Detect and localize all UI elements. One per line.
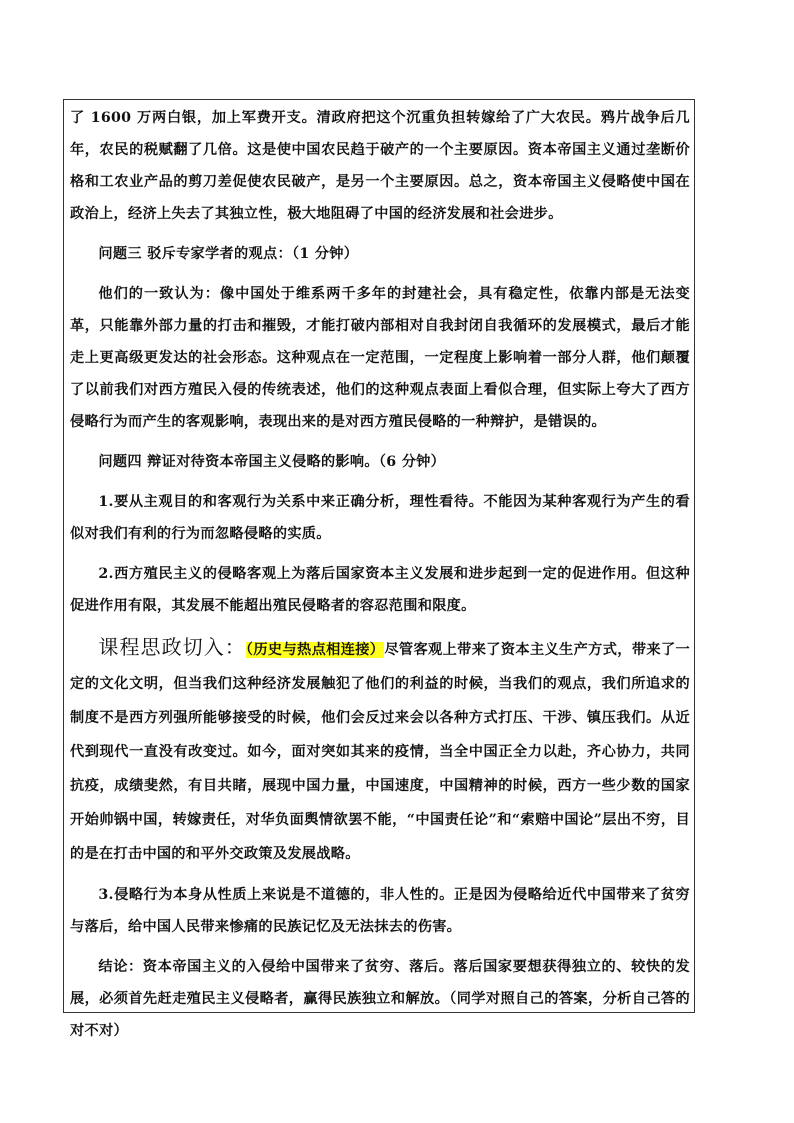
- point-3: 3.侵略行为本身从性质上来说是不道德的，非人性的。正是因为侵略给近代中国带来了贫…: [70, 879, 690, 943]
- question3-body: 他们的一致认为：像中国处于维系两千多年的封建社会，具有稳定性，依靠内部是无法变革…: [70, 278, 690, 438]
- document-body: 了 1600 万两白银，加上军费开支。清政府把这个沉重负担转嫁给了广大农民。鸦片…: [70, 102, 690, 1047]
- question3-heading: 问题三 驳斥专家学者的观点：（1 分钟）: [70, 238, 690, 270]
- ideology-paragraph: 课程思政切入：（历史与热点相连接）尽管客观上带来了资本主义生产方式，带来了一定的…: [70, 630, 690, 871]
- content-table-cell: 了 1600 万两白银，加上军费开支。清政府把这个沉重负担转嫁给了广大农民。鸦片…: [63, 99, 695, 1013]
- question4-heading: 问题四 辩证对待资本帝国主义侵略的影响。（6 分钟）: [70, 446, 690, 478]
- ideology-body: 尽管客观上带来了资本主义生产方式，带来了一定的文化文明，但当我们这种经济发展触犯…: [70, 642, 690, 862]
- point-2: 2.西方殖民主义的侵略客观上为落后国家资本主义发展和进步起到一定的促进作用。但这…: [70, 558, 690, 622]
- continued-paragraph: 了 1600 万两白银，加上军费开支。清政府把这个沉重负担转嫁给了广大农民。鸦片…: [70, 102, 690, 230]
- point-1: 1.要从主观目的和客观行为关系中来正确分析，理性看待。不能因为某种客观行为产生的…: [70, 486, 690, 550]
- ideology-label: 课程思政切入：: [98, 635, 246, 659]
- highlighted-tag: （历史与热点相连接）: [246, 642, 384, 658]
- conclusion: 结论：资本帝国主义的入侵给中国带来了贫穷、落后。落后国家要想获得独立的、较快的发…: [70, 951, 690, 1047]
